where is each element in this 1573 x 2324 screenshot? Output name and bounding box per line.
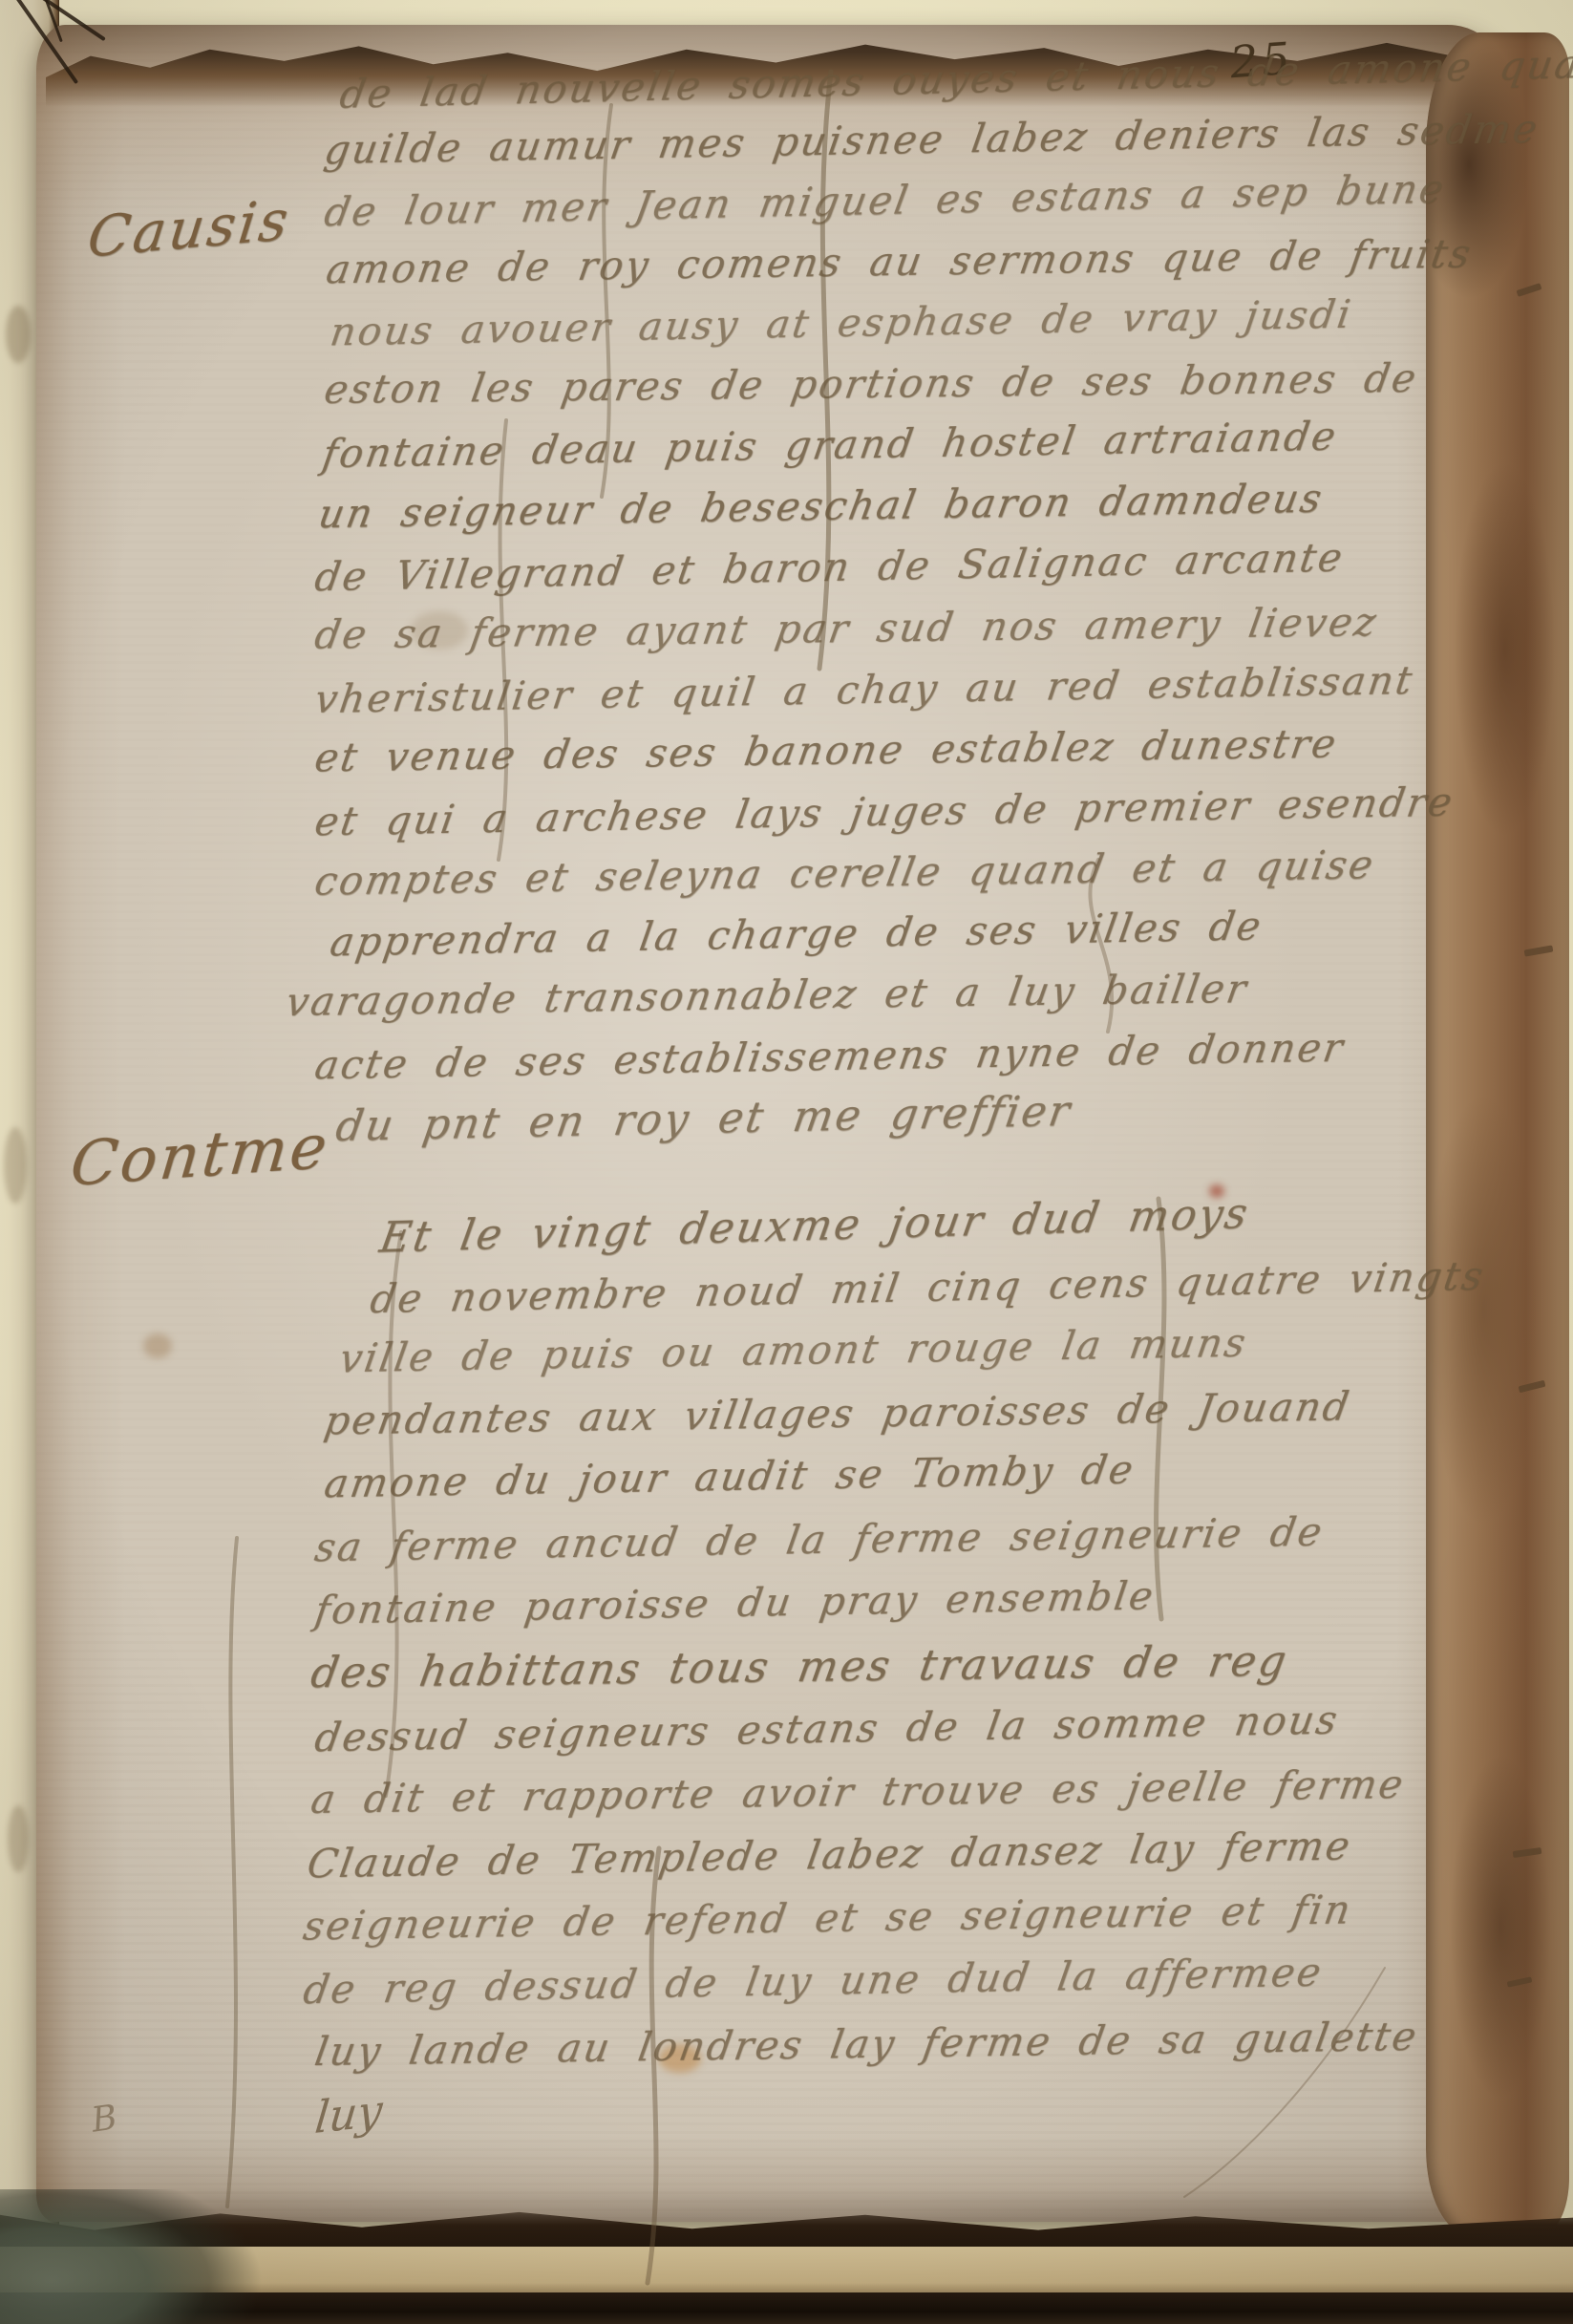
manuscript-photo: 25 Causis Contme de lad nouvelle somes o… [0, 0, 1573, 2324]
manuscript-line: eston les pares de portions de ses bonne… [322, 359, 1421, 410]
flourish-word: luy [312, 2084, 385, 2143]
margin-note-contme: Contme [68, 1116, 332, 1196]
bleedthrough-smudge [6, 306, 31, 363]
bleedthrough-smudge [4, 1127, 27, 1204]
book-fore-edge [1426, 32, 1569, 2235]
margin-note-causis: Causis [85, 191, 294, 265]
manuscript-line: des habittans tous mes travaus de reg [308, 1641, 1291, 1695]
binding-corner-cloth [0, 2189, 287, 2324]
corner-letter-mark: B [89, 2098, 119, 2140]
bleedthrough-smudge [8, 1805, 29, 1872]
foxing-stain [143, 1333, 172, 1358]
